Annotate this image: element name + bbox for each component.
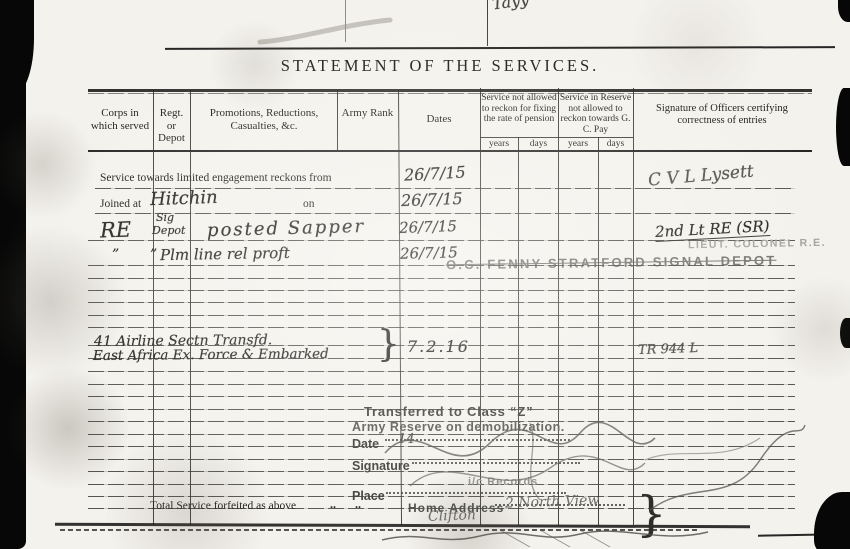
subheader-pension-days: days <box>520 139 557 150</box>
row2-promotion-entry: Plm line rel proft <box>160 244 290 264</box>
scan-top-right-speck <box>838 0 850 22</box>
col-header-pension: Service not allowed to reckon for fixing… <box>481 93 557 125</box>
row-line <box>95 213 795 214</box>
page-title: STATEMENT OF THE SERVICES. <box>250 57 630 76</box>
row-line <box>88 384 795 385</box>
top-vertical-rule-right <box>487 0 488 46</box>
handwriting-flourish-stamp-area <box>380 408 660 508</box>
row-line <box>88 327 795 328</box>
col-header-corps: Corps in which served <box>90 107 150 132</box>
row-line <box>88 290 795 291</box>
transfer-entry-line2: East Africa Ex. Force & Embarked <box>93 346 329 364</box>
joined-place-entry: Hitchin <box>150 187 218 210</box>
subheader-top-border <box>480 137 633 138</box>
scan-right-blob-mid <box>840 318 850 348</box>
subheader-reserve-years: years <box>559 139 597 150</box>
joined-at-label: Joined at <box>100 198 141 211</box>
row1-promotion-entry: posted Sapper <box>207 216 366 241</box>
col-header-dates: Dates <box>400 113 478 126</box>
subheader-reserve-days: days <box>599 139 632 150</box>
row1-depot-entry-line2: Depot <box>152 224 185 237</box>
col-header-promotions: Promotions, Reductions, Casualties, &c. <box>200 107 328 132</box>
top-handwriting-fragment: Tayy <box>491 0 530 13</box>
subheader-pension-years: years <box>481 139 517 150</box>
joined-date-entry: 26/7/15 <box>401 189 463 210</box>
row2-corps-ditto: ” <box>112 247 119 263</box>
grid-v-promotions-rank <box>337 90 338 150</box>
col-header-signature: Signature of Officers certifying correct… <box>648 103 796 127</box>
scan-bottom-right-blob <box>814 492 850 549</box>
ink-smudge-top <box>255 12 395 47</box>
table-top-border-inner <box>88 93 812 94</box>
stamp-date-label: Date <box>352 437 379 451</box>
table-top-border <box>88 89 812 92</box>
row-line <box>88 302 795 303</box>
scanned-service-record: Tayy STATEMENT OF THE SERVICES. Corps in… <box>0 0 850 549</box>
transfer-date-entry: 7.2.16 <box>407 337 470 356</box>
col-header-reserve: Service in Reserve not allowed to reckon… <box>559 93 632 136</box>
row2-depot-ditto: ” <box>150 247 157 263</box>
row1-date-entry: 26/7/15 <box>399 217 457 237</box>
joined-on-label: on <box>303 198 315 211</box>
row1-depot-entry-line1: Sig <box>156 211 174 224</box>
row-line <box>88 371 795 372</box>
col-header-regt: Regt. or Depot <box>154 107 189 145</box>
handwriting-flourish-signature-col <box>640 420 810 520</box>
scan-right-blob-top <box>836 88 850 166</box>
col-header-rank: Army Rank <box>340 107 395 120</box>
reference-note: TR 944 L <box>638 341 699 358</box>
total-forfeited-label: Total Service forfeited as above <box>150 500 296 513</box>
transfer-brace: } <box>377 324 400 365</box>
handwriting-flourish-bottom <box>380 528 710 549</box>
engagement-label: Service towards limited engagement recko… <box>100 172 332 185</box>
engagement-date-entry: 26/7/15 <box>404 162 467 184</box>
row-line <box>88 278 795 279</box>
home-address-entry-line2: Clifton <box>428 507 476 525</box>
header-bottom-border <box>88 150 812 152</box>
fenny-stratford-stamp: O.C. FENNY STRATFORD SIGNAL DEPOT <box>446 253 777 273</box>
total-forfeited-dots-1: .. <box>330 498 336 512</box>
row-line <box>88 396 795 397</box>
row1-corps-entry: RE <box>100 217 132 242</box>
scan-left-edge-top <box>0 0 34 95</box>
lieut-colonel-stamp: LIEUT. COLONEL R.E. <box>688 237 826 251</box>
row-line <box>88 315 795 316</box>
certifying-signature-top: C V L Lysett <box>647 161 754 190</box>
